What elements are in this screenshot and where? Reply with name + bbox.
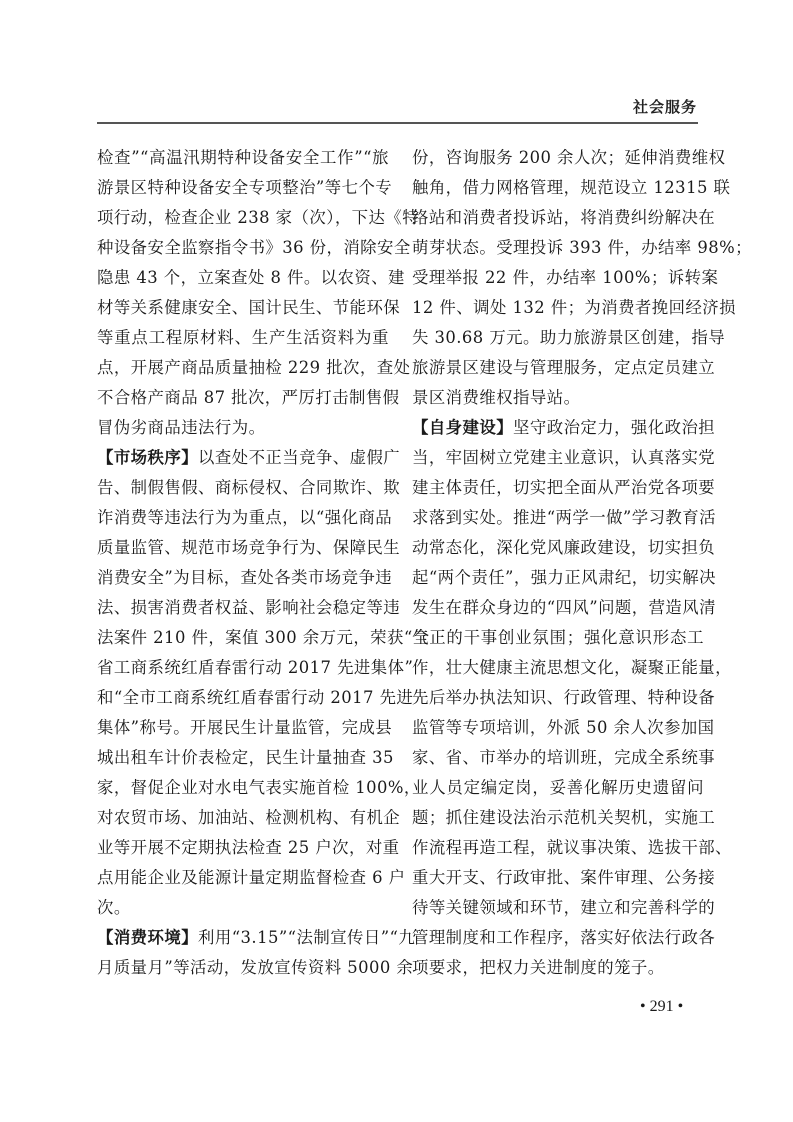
- text-line: 萌芽状态。受理投诉 393 件，办结率 98%；: [412, 233, 704, 263]
- running-header: 社会服务: [97, 96, 697, 122]
- text-line: 法案件 210 件，案值 300 余万元，荣获“全: [97, 623, 389, 653]
- line-text: 项要求，把权力关进制度的笼子。: [412, 958, 665, 977]
- section-heading: 【市场秩序】: [97, 448, 198, 467]
- line-text: 先后举办执法知识、行政管理、特种设备: [412, 688, 715, 707]
- line-text: 12 件、调处 132 件；为消费者挽回经济损: [412, 298, 736, 317]
- line-text: 城出租车计价表检定，民生计量抽查 35: [97, 748, 394, 767]
- line-text: 重大开支、行政审批、案件审理、公务接: [412, 868, 715, 887]
- line-text: 隐患 43 个，立案查处 8 件。以农资、建: [97, 268, 405, 287]
- line-text: 以查处不正当竞争、虚假广: [198, 448, 400, 467]
- text-line: 质量监管、规范市场竞争行为、保障民生: [97, 533, 389, 563]
- text-line: 游景区特种设备安全专项整治”等七个专: [97, 173, 389, 203]
- line-text: 利用“3.15”“法制宣传日”“九: [198, 928, 415, 947]
- line-text: 受理举报 22 件，办结率 100%；诉转案: [412, 268, 718, 287]
- text-line: 起“两个责任”，强力正风肃纪，切实解决: [412, 563, 704, 593]
- line-text: 当，牢固树立党建主业意识，认真落实党: [412, 448, 715, 467]
- line-text: 月质量月”等活动，发放宣传资料 5000 余: [97, 958, 413, 977]
- text-line: 发生在群众身边的“四风”问题，营造风清: [412, 593, 704, 623]
- text-line: 【自身建设】坚守政治定力，强化政治担: [412, 413, 704, 443]
- line-text: 作，壮大健康主流思想文化，凝聚正能量，: [412, 658, 732, 677]
- text-line: 失 30.68 万元。助力旅游景区创建，指导: [412, 323, 704, 353]
- line-text: 监管等专项培训，外派 50 余人次参加国: [412, 718, 715, 737]
- line-text: 点用能企业及能源计量定期监督检查 6 户: [97, 868, 406, 887]
- text-line: 省工商系统红盾春雷行动 2017 先进集体”: [97, 653, 389, 683]
- line-text: 法、损害消费者权益、影响社会稳定等违: [97, 598, 400, 617]
- left-column: 检查”“高温汛期特种设备安全工作”“旅游景区特种设备安全专项整治”等七个专项行动…: [97, 143, 389, 983]
- line-text: 游景区特种设备安全专项整治”等七个专: [97, 178, 392, 197]
- line-text: 旅游景区建设与管理服务，定点定员建立: [412, 358, 715, 377]
- line-text: 家，督促企业对水电气表实施首检 100%，: [97, 778, 421, 797]
- section-title: 社会服务: [633, 96, 697, 117]
- line-text: 消费安全”为目标，查处各类市场竞争违: [97, 568, 392, 587]
- line-text: 景区消费维权指导站。: [412, 388, 580, 407]
- line-text: 建主体责任，切实把全面从严治党各项要: [412, 478, 715, 497]
- text-line: 冒伪劣商品违法行为。: [97, 413, 389, 443]
- text-line: 监管等专项培训，外派 50 余人次参加国: [412, 713, 704, 743]
- right-column: 份，咨询服务 200 余人次；延伸消费维权触角，借力网格管理，规范设立 1231…: [412, 143, 704, 983]
- section-heading: 【消费环境】: [97, 928, 198, 947]
- text-line: 项要求，把权力关进制度的笼子。: [412, 953, 704, 983]
- text-line: 络站和消费者投诉站，将消费纠纷解决在: [412, 203, 704, 233]
- text-line: 次。: [97, 893, 389, 923]
- text-line: 家、省、市举办的培训班，完成全系统事: [412, 743, 704, 773]
- text-line: 和“全市工商系统红盾春雷行动 2017 先进: [97, 683, 389, 713]
- line-text: 作流程再造工程，就议事决策、选拔干部、: [412, 838, 732, 857]
- page-number: • 291 •: [640, 998, 683, 1016]
- text-line: 点用能企业及能源计量定期监督检查 6 户: [97, 863, 389, 893]
- text-line: 动常态化，深化党风廉政建设，切实担负: [412, 533, 704, 563]
- text-line: 建主体责任，切实把全面从严治党各项要: [412, 473, 704, 503]
- text-line: 【消费环境】利用“3.15”“法制宣传日”“九: [97, 923, 389, 953]
- text-line: 管理制度和工作程序，落实好依法行政各: [412, 923, 704, 953]
- line-text: 告、制假售假、商标侵权、合同欺诈、欺: [97, 478, 400, 497]
- text-line: 气正的干事创业氛围；强化意识形态工: [412, 623, 704, 653]
- line-text: 业人员定编定岗，妥善化解历史遗留问: [412, 778, 704, 797]
- line-text: 气正的干事创业氛围；强化意识形态工: [412, 628, 704, 647]
- line-text: 份，咨询服务 200 余人次；延伸消费维权: [412, 148, 725, 167]
- line-text: 和“全市工商系统红盾春雷行动 2017 先进: [97, 688, 413, 707]
- text-line: 月质量月”等活动，发放宣传资料 5000 余: [97, 953, 389, 983]
- line-text: 萌芽状态。受理投诉 393 件，办结率 98%；: [412, 238, 752, 257]
- text-line: 告、制假售假、商标侵权、合同欺诈、欺: [97, 473, 389, 503]
- line-text: 质量监管、规范市场竞争行为、保障民生: [97, 538, 400, 557]
- text-line: 触角，借力网格管理，规范设立 12315 联: [412, 173, 704, 203]
- text-line: 【市场秩序】以查处不正当竞争、虚假广: [97, 443, 389, 473]
- section-heading: 【自身建设】: [412, 418, 513, 437]
- line-text: 法案件 210 件，案值 300 余万元，荣获“全: [97, 628, 430, 647]
- line-text: 等重点工程原材料、生产生活资料为重: [97, 328, 389, 347]
- line-text: 触角，借力网格管理，规范设立 12315 联: [412, 178, 730, 197]
- text-line: 法、损害消费者权益、影响社会稳定等违: [97, 593, 389, 623]
- text-line: 题；抓住建设法治示范机关契机，实施工: [412, 803, 704, 833]
- text-line: 作，壮大健康主流思想文化，凝聚正能量，: [412, 653, 704, 683]
- text-line: 家，督促企业对水电气表实施首检 100%，: [97, 773, 389, 803]
- line-text: 发生在群众身边的“四风”问题，营造风清: [412, 598, 716, 617]
- text-line: 隐患 43 个，立案查处 8 件。以农资、建: [97, 263, 389, 293]
- text-line: 重大开支、行政审批、案件审理、公务接: [412, 863, 704, 893]
- text-line: 景区消费维权指导站。: [412, 383, 704, 413]
- line-text: 业等开展不定期执法检查 25 户次，对重: [97, 838, 400, 857]
- text-line: 点，开展产商品质量抽检 229 批次，查处: [97, 353, 389, 383]
- line-text: 检查”“高温汛期特种设备安全工作”“旅: [97, 148, 389, 167]
- line-text: 项行动，检查企业 238 家（次），下达《特: [97, 208, 419, 227]
- line-text: 种设备安全监察指令书》36 份，消除安全: [97, 238, 411, 257]
- line-text: 坚守政治定力，强化政治担: [513, 418, 715, 437]
- text-line: 作流程再造工程，就议事决策、选拔干部、: [412, 833, 704, 863]
- line-text: 次。: [97, 898, 131, 917]
- line-text: 冒伪劣商品违法行为。: [97, 418, 265, 437]
- line-text: 集体”称号。开展民生计量监管，完成县: [97, 718, 392, 737]
- text-line: 种设备安全监察指令书》36 份，消除安全: [97, 233, 389, 263]
- line-text: 材等关系健康安全、国计民生、节能环保: [97, 298, 400, 317]
- line-text: 失 30.68 万元。助力旅游景区创建，指导: [412, 328, 725, 347]
- text-line: 待等关键领域和环节，建立和完善科学的: [412, 893, 704, 923]
- line-text: 待等关键领域和环节，建立和完善科学的: [412, 898, 715, 917]
- line-text: 管理制度和工作程序，落实好依法行政各: [412, 928, 715, 947]
- text-line: 诈消费等违法行为为重点，以“强化商品: [97, 503, 389, 533]
- line-text: 省工商系统红盾春雷行动 2017 先进集体”: [97, 658, 413, 677]
- line-text: 点，开展产商品质量抽检 229 批次，查处: [97, 358, 410, 377]
- line-text: 不合格产商品 87 批次，严厉打击制售假: [97, 388, 400, 407]
- text-line: 12 件、调处 132 件；为消费者挽回经济损: [412, 293, 704, 323]
- text-line: 份，咨询服务 200 余人次；延伸消费维权: [412, 143, 704, 173]
- line-text: 求落到实处。推进“两学一做”学习教育活: [412, 508, 716, 527]
- text-line: 先后举办执法知识、行政管理、特种设备: [412, 683, 704, 713]
- line-text: 络站和消费者投诉站，将消费纠纷解决在: [412, 208, 715, 227]
- text-line: 业等开展不定期执法检查 25 户次，对重: [97, 833, 389, 863]
- line-text: 起“两个责任”，强力正风肃纪，切实解决: [412, 568, 716, 587]
- text-line: 不合格产商品 87 批次，严厉打击制售假: [97, 383, 389, 413]
- text-line: 消费安全”为目标，查处各类市场竞争违: [97, 563, 389, 593]
- line-text: 题；抓住建设法治示范机关契机，实施工: [412, 808, 715, 827]
- text-line: 受理举报 22 件，办结率 100%；诉转案: [412, 263, 704, 293]
- text-line: 项行动，检查企业 238 家（次），下达《特: [97, 203, 389, 233]
- text-line: 旅游景区建设与管理服务，定点定员建立: [412, 353, 704, 383]
- text-line: 当，牢固树立党建主业意识，认真落实党: [412, 443, 704, 473]
- text-line: 等重点工程原材料、生产生活资料为重: [97, 323, 389, 353]
- text-line: 集体”称号。开展民生计量监管，完成县: [97, 713, 389, 743]
- text-line: 城出租车计价表检定，民生计量抽查 35: [97, 743, 389, 773]
- line-text: 对农贸市场、加油站、检测机构、有机企: [97, 808, 400, 827]
- header-rule: [97, 122, 698, 124]
- text-line: 对农贸市场、加油站、检测机构、有机企: [97, 803, 389, 833]
- line-text: 动常态化，深化党风廉政建设，切实担负: [412, 538, 715, 557]
- line-text: 诈消费等违法行为为重点，以“强化商品: [97, 508, 392, 527]
- text-line: 业人员定编定岗，妥善化解历史遗留问: [412, 773, 704, 803]
- text-line: 求落到实处。推进“两学一做”学习教育活: [412, 503, 704, 533]
- text-line: 检查”“高温汛期特种设备安全工作”“旅: [97, 143, 389, 173]
- line-text: 家、省、市举办的培训班，完成全系统事: [412, 748, 715, 767]
- text-line: 材等关系健康安全、国计民生、节能环保: [97, 293, 389, 323]
